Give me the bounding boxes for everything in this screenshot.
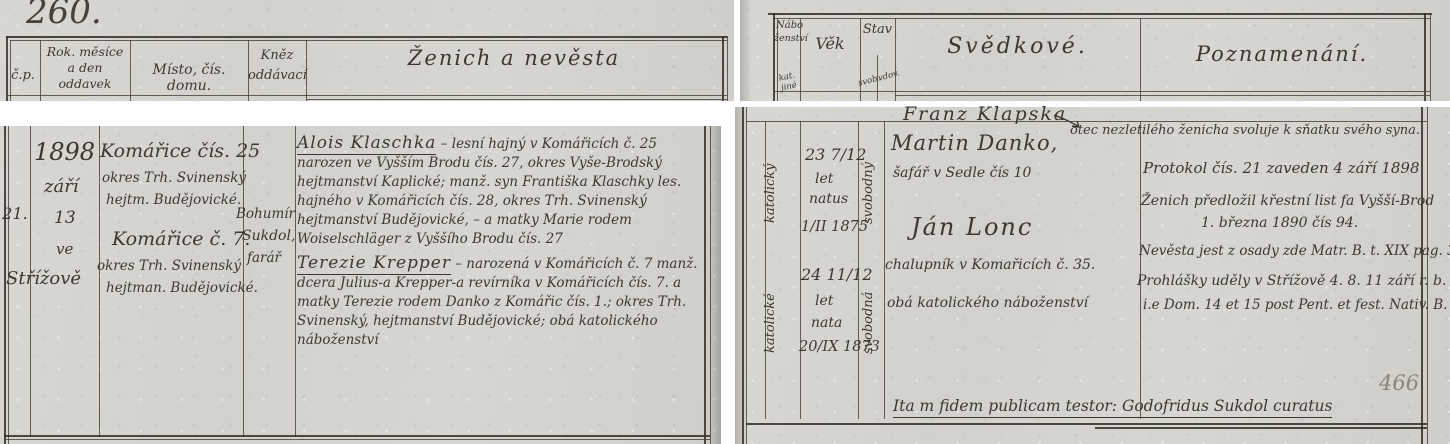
note-baptism-line2: 1. března 1890 čís 94. [1201,215,1358,231]
father-consent-signature: Franz Klapska [903,103,1067,125]
column-header-date-line3: oddavek [40,76,130,91]
groom-place-line1: Komářice čís. 25 [100,140,260,162]
rule-line [1430,13,1431,101]
left-page-header-fragment: 260. č.p. Rok. měsíce a den oddavek Míst… [0,0,734,101]
right-page-header-fragment: Nábo ženství kat. jiné Věk Stav svob. vd… [740,0,1450,101]
bride-nata-label: nata [811,315,842,331]
bride-name: Terezie Krepper [297,253,451,275]
wedding-month: září [44,176,79,197]
marriage-register-scan: 260. č.p. Rok. měsíce a den oddavek Míst… [0,0,1450,444]
rule-line [773,91,1430,92]
bride-description: Terezie Krepper – narozená v Komářicích … [297,254,705,350]
bride-age-unit: let [815,293,833,309]
column-header-date-line2: a den [40,60,130,75]
column-header-notes: Poznamenání. [1140,42,1424,66]
rule-line [722,36,724,101]
note-baptism-line1: Ženich předložil křestní list fa Vyšší-B… [1141,193,1434,209]
rule-line [99,126,100,437]
column-header-witnesses: Svědkové. [895,34,1140,59]
note-consent: otec nezletilého ženicha svoluje k sňatk… [1070,123,1422,138]
witness2-description: chalupník v Komařicích č. 35. [885,257,1095,273]
wedding-place-preposition: ve [56,240,73,258]
witness1-name: Martin Danko, [891,131,1058,155]
right-page-body-fragment: Franz Klapska katolický katolické 23 7/1… [735,107,1450,444]
groom-age-unit: let [815,171,833,187]
left-page-number: 260. [26,0,102,32]
column-header-priest-line2: oddávací [248,68,306,83]
groom-religion: katolický [763,139,778,247]
rule-line [746,423,1427,425]
record-number: 21. [0,204,30,223]
witness1-description: šafář v Sedle čís 10 [893,165,1031,181]
rule-line [768,13,1432,15]
column-header-status-sub2: vdov. [877,68,901,83]
wedding-year: 1898 [34,138,95,166]
rule-line [895,95,1430,96]
note-protocol: Protokol čís. 21 zaveden 4 září 1898 [1143,159,1420,177]
right-page-number: 466 [1379,371,1419,395]
column-header-place: Místo, čís. domu. [130,62,248,94]
rule-line [746,121,1427,122]
bride-place-line3: hejtman. Budějovické. [106,280,258,296]
groom-place-line3: hejtm. Budějovické. [106,192,241,208]
rule-line [1424,13,1426,101]
book-gutter-shadow [740,0,752,101]
rule-line [10,40,727,41]
column-header-religion-line1: Nábo [776,20,800,31]
rule-line [4,439,710,440]
note-banns-line2: i.e Dom. 14 et 15 post Pent. et fest. Na… [1143,297,1450,313]
left-page-body-fragment: 21. 1898 září 13 ve Střížově Komářice čí… [0,126,721,444]
priest-name-line2: Sukdol, [242,228,295,244]
note-banns-line1: Prohlášky uděly v Střížově 4. 8. 11 září… [1137,273,1446,289]
column-header-cp: č.p. [6,68,40,83]
groom-birth-date: 1/II 1875 [801,219,868,235]
column-header-date-line1: Rok. měsíce [40,44,130,59]
bride-status: svobodná [861,265,876,380]
bride-religion: katolické [763,267,778,379]
rule-line [1140,121,1141,419]
column-header-couple: Ženich a nevěsta [306,46,722,70]
rule-line [6,36,728,38]
witnesses-religion-note: obá katolického náboženství [887,295,1088,311]
groom-status: svobodný [861,137,876,249]
rule-line [895,18,896,101]
column-header-priest-line1: Kněz [248,48,306,63]
rule-line [727,36,728,101]
book-gutter-shadow [735,107,747,444]
groom-description: Alois Klaschka – lesní hajný v Komářicíc… [297,134,705,249]
column-header-religion-line2: ženství [774,33,802,44]
rule-line [4,435,710,437]
groom-name: Alois Klaschka [297,133,436,155]
bride-place-line2: okres Trh. Svinenský [97,258,241,274]
note-bride-register: Nevěsta jest z osady zde Matr. B. t. XIX… [1139,243,1450,259]
rule-line [1095,427,1427,429]
book-gutter-shadow [707,126,721,444]
column-header-age: Věk [800,34,860,53]
priest-name-line1: Bohumír [236,206,295,222]
rule-line [306,99,727,100]
groom-place-line2: okres Trh. Svinenský [102,170,246,186]
rule-line [773,18,1430,19]
priest-name-line3: farář [247,250,281,266]
wedding-day: 13 [54,208,76,228]
column-header-status: Stav [860,22,895,37]
rule-line [6,95,727,96]
groom-age-years: 23 7/12 [805,145,866,164]
bride-place-line1: Komářice č. 7. [112,228,250,250]
rule-line [295,126,296,437]
groom-natus-label: natus [809,191,848,207]
wedding-place: Střížově [6,268,81,289]
witness2-name: Ján Lonc [911,213,1033,241]
attestation-line: Ita m fidem publicam testor: Godofridus … [893,397,1332,418]
